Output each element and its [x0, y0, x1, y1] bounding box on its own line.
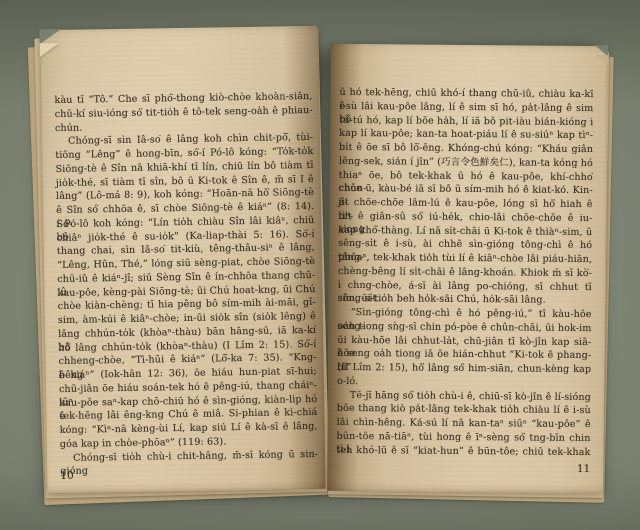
text-line: bi̍t ê giân-sû só͘ iú-he̍k, chio-lâi chō… [338, 210, 592, 226]
text-line: oa̍h tiong sǹg-sī chin pó-pòe ê chûn-chā… [337, 320, 591, 336]
text-line: (II Lîm 2: 15), hō͘ lâng só͘ him-siān, c… [337, 361, 591, 377]
text-line: chèng-bêng lí si̍t-chāi ê lâng-khoán. Kh… [338, 265, 592, 281]
right-page: ū hó tek-hēng, chiū khó-í thang chū-iû, … [327, 44, 607, 493]
open-book: kàu tī “Tô.” Che sī phó͘-thong kiò-chòe … [0, 0, 640, 530]
page-corner-fold [40, 43, 60, 57]
right-page-text: ū hó tek-hēng, chiū khó-í thang chū-iû, … [336, 86, 593, 459]
right-page-number: 11 [577, 463, 590, 475]
page-corner-dogear [596, 55, 608, 65]
left-page: kàu tī “Tô.” Che sī phó͘-thong kiò-chòe … [40, 26, 325, 493]
left-page-number: 10 [60, 470, 74, 482]
photo-background: kàu tī “Tô.” Che sī phó͘-thong kiò-chòe … [0, 0, 640, 530]
text-line: lēng-sek, sián í jîn” (巧言令色鮮矣仁), kan-ta … [339, 155, 593, 171]
text-line: teh khó-lū ê sī “kiat-hun” ê būn-tôe; ch… [336, 443, 590, 459]
text-line: i-sù lâi kau-pôe lâng, lí ê sim sī hó, p… [339, 100, 593, 116]
left-page-text: kàu tī “Tô.” Che sī phó͘-thong kiò-chòe … [54, 90, 318, 465]
